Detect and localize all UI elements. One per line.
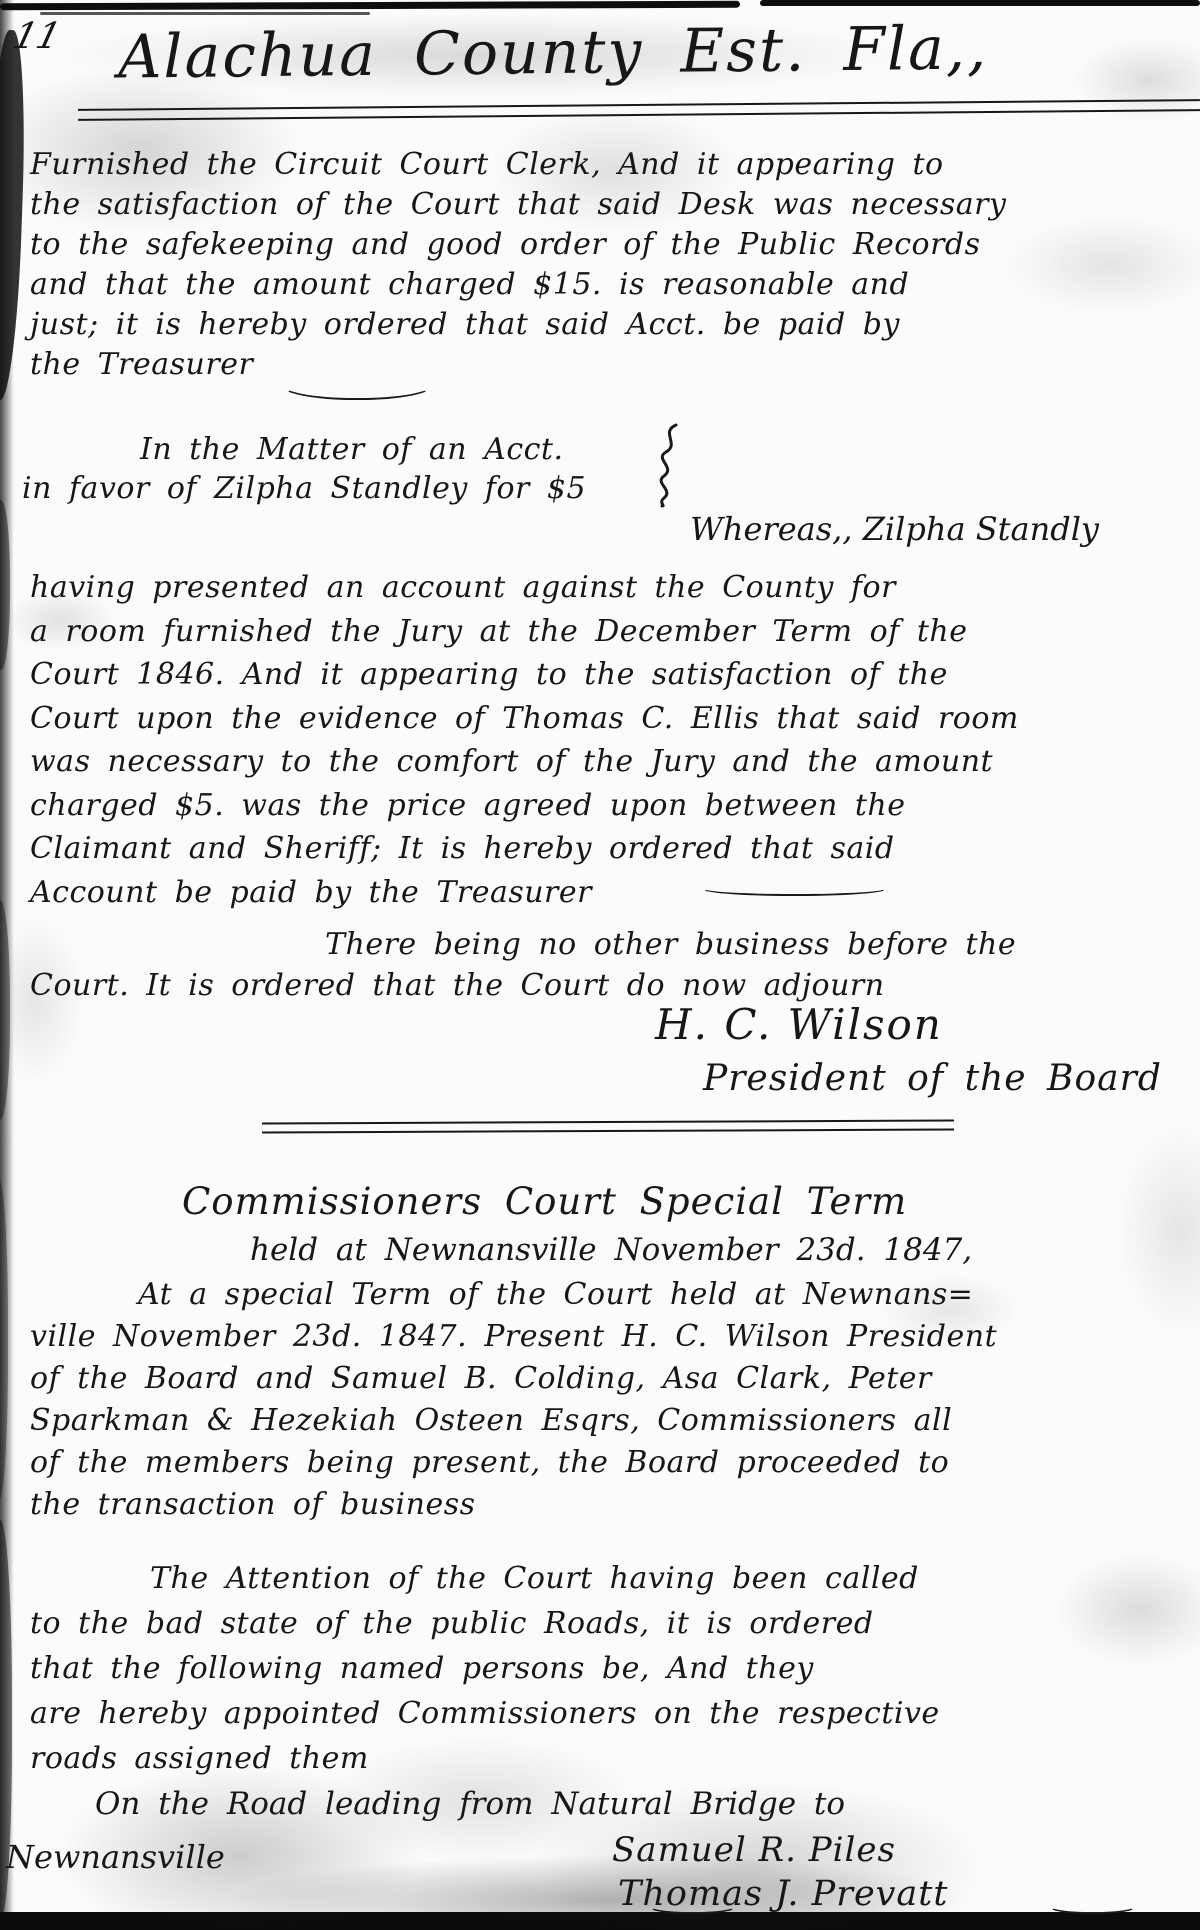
manuscript-page: 11 Alachua County Est. Fla,, Furnished t… [0,0,1200,1930]
road-destination: Newnansville [6,1838,225,1876]
manuscript-line: are hereby appointed Commissioners on th… [30,1691,1174,1736]
caption-brace-icon [648,422,684,508]
page-title: Alachua County Est. Fla,, [118,13,989,92]
roads-order-paragraph: The Attention of the Court having been c… [30,1556,1174,1781]
manuscript-line: At a special Term of the Court held at N… [30,1274,1174,1316]
manuscript-line: and that the amount charged $15. is reas… [30,265,1174,305]
left-edge-tear [0,30,28,401]
page-number: 11 [9,16,65,57]
manuscript-line: to the bad state of the public Roads, it… [30,1601,1174,1646]
top-edge-tear [760,0,1200,6]
manuscript-line: of the members being present, the Board … [30,1442,1174,1484]
pen-flourish [648,1898,737,1914]
manuscript-line: just; it is hereby ordered that said Acc… [30,305,1174,345]
manuscript-line: roads assigned them [30,1736,1174,1781]
manuscript-line: the satisfaction of the Court that said … [30,185,1174,225]
special-term-paragraph: At a special Term of the Court held at N… [30,1274,1174,1526]
caption-line: in favor of Zilpha Standley for $5 [22,469,586,508]
top-edge-tear [40,12,370,15]
order-opening: Whereas,, Zilpha Standly [690,510,1099,548]
manuscript-line: having presented an account against the … [30,566,1174,610]
manuscript-line: The Attention of the Court having been c… [30,1556,1174,1601]
section-divider [262,1119,954,1133]
manuscript-line: to the safekeeping and good order of the… [30,225,1174,265]
case-caption: In the Matter of an Acct. in favor of Zi… [22,430,586,508]
manuscript-line: was necessary to the comfort of the Jury… [30,740,1174,784]
manuscript-line: ville November 23d. 1847. Present H. C. … [30,1316,1174,1358]
manuscript-line: Court. It is ordered that the Court do n… [30,965,1174,1006]
header-rule [78,99,1200,121]
manuscript-line: Furnished the Circuit Court Clerk, And i… [30,145,1174,185]
pen-flourish [280,368,434,400]
commissioner-name: Samuel R. Piles [612,1830,896,1870]
road-route-line: On the Road leading from Natural Bridge … [95,1786,845,1822]
manuscript-line: the transaction of business [30,1484,1174,1526]
caption-line: In the Matter of an Acct. [22,430,586,469]
adjournment-paragraph: There being no other business before the… [30,924,1174,1006]
manuscript-line: charged $5. was the price agreed upon be… [30,784,1174,828]
pen-flourish [700,880,889,896]
manuscript-line: the Treasurer [30,345,1174,385]
section-subheading: held at Newnansville November 23d. 1847, [250,1232,972,1268]
pen-flourish [1048,1898,1137,1914]
manuscript-line: Court 1846. And it appearing to the sati… [30,653,1174,697]
manuscript-line: that the following named persons be, And… [30,1646,1174,1691]
top-edge-tear [0,1,740,11]
manuscript-line: Sparkman & Hezekiah Osteen Esqrs, Commis… [30,1400,1174,1442]
section-heading: Commissioners Court Special Term [182,1180,907,1223]
manuscript-line: a room furnished the Jury at the Decembe… [30,610,1174,654]
standley-order-paragraph: having presented an account against the … [30,566,1174,914]
manuscript-line: Claimant and Sheriff; It is hereby order… [30,827,1174,871]
signature-title: President of the Board [703,1058,1162,1099]
manuscript-line: There being no other business before the [30,924,1174,965]
manuscript-line: Account be paid by the Treasurer [30,871,1174,915]
manuscript-line: Court upon the evidence of Thomas C. Ell… [30,697,1174,741]
desk-entry-paragraph: Furnished the Circuit Court Clerk, And i… [30,145,1174,385]
signature-h-c-wilson: H. C. Wilson [655,1000,943,1049]
manuscript-line: of the Board and Samuel B. Colding, Asa … [30,1358,1174,1400]
bottom-edge-tear [0,1912,1200,1930]
